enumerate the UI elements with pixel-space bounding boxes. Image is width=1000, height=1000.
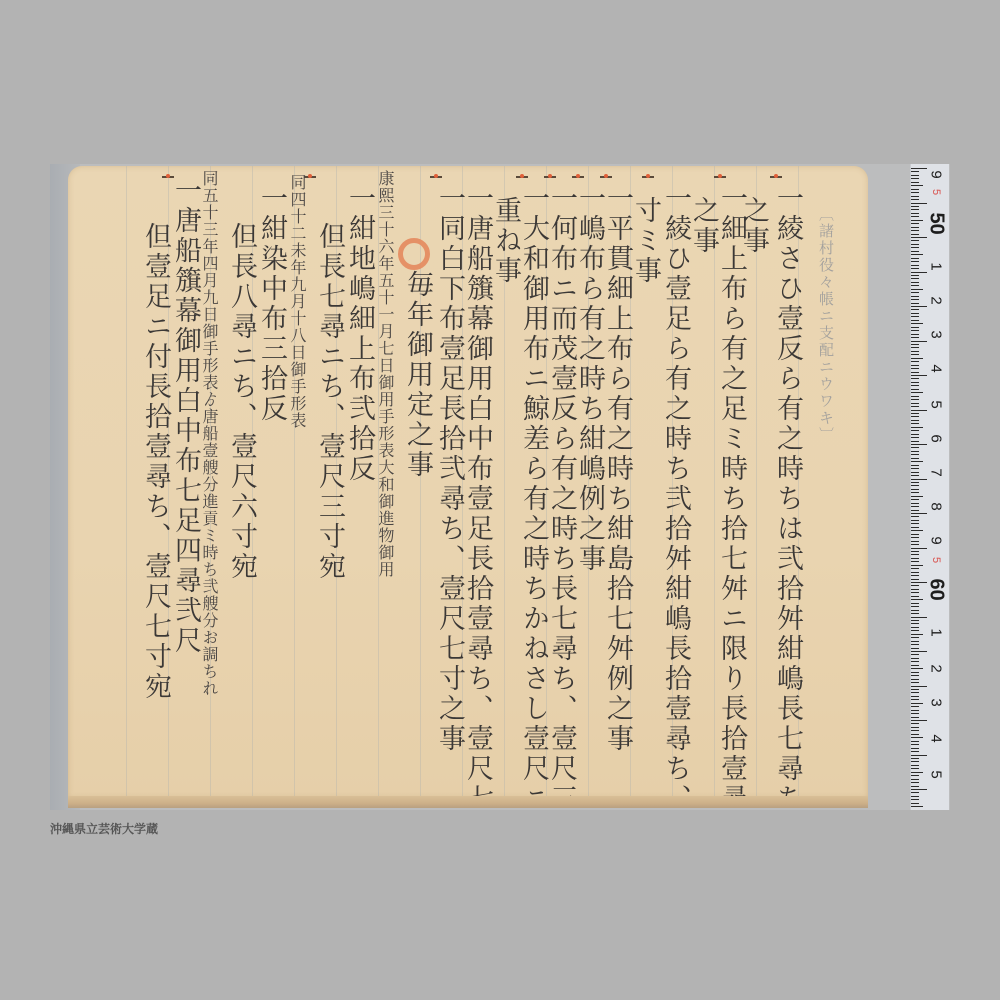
ruler-tick <box>911 786 919 787</box>
ruler-tick <box>911 641 919 642</box>
ruler-tick <box>911 627 919 628</box>
ruler-tick <box>911 548 927 549</box>
ruler-tick <box>911 244 919 245</box>
ruler-tick <box>911 761 919 762</box>
ruler-tick <box>911 799 919 800</box>
ruler-tick <box>911 375 927 376</box>
ruler-tick <box>911 223 919 224</box>
ruler-tick <box>911 748 919 749</box>
margin-note: 〔諸村役々帳ニ支配ニウワキ〕 <box>816 206 837 444</box>
ruler-tick <box>911 358 923 359</box>
ruler-tick <box>911 209 919 210</box>
ruler-tick <box>911 189 919 190</box>
ruler-tick <box>911 299 919 300</box>
ruler-tick <box>911 334 919 335</box>
ruler-tick <box>911 520 919 521</box>
ruler-tick <box>911 634 923 635</box>
ruler-tick <box>911 275 919 276</box>
ruler-tick <box>911 185 923 186</box>
ruler-tick <box>911 330 919 331</box>
ruler-tick <box>911 441 919 442</box>
ruler-tick <box>911 755 927 756</box>
column-marker <box>572 176 584 178</box>
column-marker <box>600 176 612 178</box>
ruler-tick <box>911 265 919 266</box>
column-marker <box>430 176 442 178</box>
ruler-tick <box>911 492 919 493</box>
ruler-tick <box>911 703 923 704</box>
ruler-tick <box>911 354 919 355</box>
ruler-tick <box>911 516 919 517</box>
ruler-label: 3 <box>928 324 945 346</box>
ruler-tick <box>911 240 919 241</box>
ruler-tick <box>911 416 919 417</box>
ruler-label: 60 <box>925 579 948 601</box>
text-column: 但壹足ニ付長拾壹尋ち、壹尺七寸宛 <box>136 222 175 702</box>
ruler-tick <box>911 258 919 259</box>
ruler-tick <box>911 413 919 414</box>
ruler-tick <box>911 772 923 773</box>
ruler-tick <box>911 758 919 759</box>
ruler-label: 5 <box>930 181 942 203</box>
ruler-tick <box>911 554 919 555</box>
ruler-tick <box>911 406 919 407</box>
ruler-tick <box>911 530 923 531</box>
ruler-tick <box>911 796 919 797</box>
ruler-tick <box>911 472 919 473</box>
ruler-tick <box>911 637 919 638</box>
ruler-tick <box>911 613 919 614</box>
ruler-tick <box>911 203 927 204</box>
ruler-tick <box>911 696 919 697</box>
ruler-tick <box>911 606 919 607</box>
text-column: 一細上布ら有之足ミ時ち拾七舛ニ限り長拾壹尋ち、壹尺七寸 <box>712 184 751 798</box>
ruler-tick <box>911 503 919 504</box>
ruler-label: 50 <box>925 213 948 235</box>
ruler-tick <box>911 420 919 421</box>
ruler-tick <box>911 475 919 476</box>
ruler-tick <box>911 313 919 314</box>
ruler-tick <box>911 347 919 348</box>
ruler-tick <box>911 423 919 424</box>
ruler-tick <box>911 368 919 369</box>
ruler-tick <box>911 737 923 738</box>
ruler-tick <box>911 665 919 666</box>
ruler-tick <box>911 561 919 562</box>
ruler-tick <box>911 617 927 618</box>
ruler-tick <box>911 272 927 273</box>
ruler-tick <box>911 672 919 673</box>
ruler-tick <box>911 679 919 680</box>
column-marker <box>770 176 782 178</box>
ruled-line <box>756 166 757 798</box>
section-heading: 毎年御用定之事 <box>398 270 437 480</box>
ruler-label: 7 <box>928 462 945 484</box>
ruler-tick <box>911 596 919 597</box>
ruler-tick <box>911 444 927 445</box>
notebook-page: 〔諸村役々帳ニ支配ニウワキ〕 一綾さひ壹反ら有之時ちは弐拾舛紺嶋長七尋ち、壹尺三… <box>68 166 868 798</box>
ruler-tick <box>911 654 919 655</box>
ruler-tick <box>911 403 919 404</box>
ruler-tick <box>911 296 919 297</box>
ruler-tick <box>911 506 919 507</box>
ruler-label: 8 <box>928 496 945 518</box>
ruler-tick <box>911 644 919 645</box>
ruler-tick <box>911 565 923 566</box>
ruler-tick <box>911 451 919 452</box>
ruler-tick <box>911 392 923 393</box>
ruler-tick <box>911 437 919 438</box>
ruler-tick <box>911 806 923 807</box>
ruler-tick <box>911 251 919 252</box>
ruler-tick <box>911 230 919 231</box>
ruler-tick <box>911 713 919 714</box>
ruler-tick <box>911 630 919 631</box>
ruler-tick <box>911 247 919 248</box>
ruler-tick <box>911 751 919 752</box>
ruler-tick <box>911 237 927 238</box>
ruler-tick <box>911 341 927 342</box>
ruler-tick <box>911 182 919 183</box>
ruler-tick <box>911 216 919 217</box>
ruler-tick <box>911 682 919 683</box>
ruler-tick <box>911 344 919 345</box>
ruler-tick <box>911 489 919 490</box>
ruler-tick <box>911 361 919 362</box>
ruler-tick <box>911 648 919 649</box>
ruler-tick <box>911 396 919 397</box>
ruler-tick <box>911 399 919 400</box>
measuring-ruler: 9 5 50 1 2 3 4 5 6 7 8 9 5 60 1 2 3 4 5 <box>910 164 949 810</box>
text-column: 但長七尋ニち、壹尺三寸宛 <box>310 222 349 582</box>
ruler-tick <box>911 792 919 793</box>
ruler-label: 2 <box>928 290 945 312</box>
ruler-label: 5 <box>928 394 945 416</box>
ruler-label: 1 <box>928 622 945 644</box>
ruler-tick <box>911 378 919 379</box>
ruler-tick <box>911 303 919 304</box>
ruler-tick <box>911 720 927 721</box>
column-marker <box>642 176 654 178</box>
ruler-tick <box>911 268 919 269</box>
ruler-tick <box>911 382 919 383</box>
ruler-tick <box>911 316 919 317</box>
ruler-tick <box>911 575 919 576</box>
column-marker <box>544 176 556 178</box>
ruler-tick <box>911 385 919 386</box>
ruler-tick <box>911 537 919 538</box>
text-column: 但長八尋ニち、壹尺六寸宛 <box>222 222 261 582</box>
ruler-tick <box>911 768 919 769</box>
ruler-tick <box>911 651 927 652</box>
ruler-tick <box>911 227 919 228</box>
ruler-tick <box>911 661 919 662</box>
ruler-tick <box>911 579 919 580</box>
ruler-tick <box>911 289 923 290</box>
ruler-tick <box>911 544 919 545</box>
column-marker <box>516 176 528 178</box>
ruler-tick <box>911 541 919 542</box>
ruler-tick <box>911 572 919 573</box>
ruler-tick <box>911 410 927 411</box>
ruler-tick <box>911 234 919 235</box>
ruler-tick <box>911 254 923 255</box>
ruler-tick <box>911 603 919 604</box>
ruler-tick <box>911 513 927 514</box>
ruler-tick <box>911 461 923 462</box>
ruler-tick <box>911 527 919 528</box>
ruler-tick <box>911 623 919 624</box>
ruler-tick <box>911 686 927 687</box>
ruler-tick <box>911 292 919 293</box>
ruler-tick <box>911 309 919 310</box>
ruler-tick <box>911 482 919 483</box>
ruler-tick <box>911 323 923 324</box>
column-marker <box>714 176 726 178</box>
ruler-tick <box>911 351 919 352</box>
ruler-tick <box>911 610 919 611</box>
ruler-tick <box>911 723 919 724</box>
ruler-tick <box>911 499 919 500</box>
ruler-tick <box>911 430 919 431</box>
ruler-tick <box>911 551 919 552</box>
ruler-tick <box>911 782 919 783</box>
ruler-tick <box>911 479 927 480</box>
ruler-tick <box>911 568 919 569</box>
collection-credit: 沖縄県立芸術大学蔵 <box>50 820 158 837</box>
ruler-tick <box>911 699 919 700</box>
ruler-tick <box>911 803 919 804</box>
ruled-line <box>126 166 127 798</box>
ruler-tick <box>911 454 919 455</box>
ruler-label: 3 <box>928 692 945 714</box>
ruler-label: 5 <box>928 764 945 786</box>
ruler-tick <box>911 372 919 373</box>
ruler-tick <box>911 285 919 286</box>
ruler-tick <box>911 485 919 486</box>
ruler-tick <box>911 730 919 731</box>
ruler-tick <box>911 717 919 718</box>
ruler-tick <box>911 692 919 693</box>
ruler-label: 1 <box>928 256 945 278</box>
ruler-tick <box>911 599 923 600</box>
ruler-label: 5 <box>930 549 942 571</box>
ruler-tick <box>911 458 919 459</box>
ruler-tick <box>911 365 919 366</box>
ruler-tick <box>911 706 919 707</box>
ruler-tick <box>911 196 919 197</box>
ruler-tick <box>911 592 919 593</box>
ruler-tick <box>911 534 919 535</box>
ruler-tick <box>911 213 919 214</box>
ruler-tick <box>911 434 919 435</box>
ruler-tick <box>911 741 919 742</box>
ruler-tick <box>911 658 919 659</box>
ruler-tick <box>911 337 919 338</box>
red-seal-stamp <box>398 238 430 270</box>
ruler-tick <box>911 171 919 172</box>
ruler-tick <box>911 582 927 583</box>
ruler-tick <box>911 206 919 207</box>
ruler-tick <box>911 620 919 621</box>
ruler-tick <box>911 320 919 321</box>
ruler-tick <box>911 175 919 176</box>
ruler-tick <box>911 447 919 448</box>
ruler-tick <box>911 496 923 497</box>
ruler-tick <box>911 523 919 524</box>
ruler-tick <box>911 199 919 200</box>
ruler-tick <box>911 558 919 559</box>
ruler-tick <box>911 585 919 586</box>
ruler-tick <box>911 427 923 428</box>
document-photo: 〔諸村役々帳ニ支配ニウワキ〕 一綾さひ壹反ら有之時ちは弐拾舛紺嶋長七尋ち、壹尺三… <box>50 164 950 810</box>
ruler-tick <box>911 468 919 469</box>
ruler-tick <box>911 168 927 169</box>
ruler-tick <box>911 734 919 735</box>
ruler-label: 2 <box>928 658 945 680</box>
ruler-tick <box>911 675 919 676</box>
text-column: 一綾さひ壹反ら有之時ちは弐拾舛紺嶋長七尋ち、壹尺三寸 <box>768 184 807 798</box>
ruler-tick <box>911 465 919 466</box>
ruler-tick <box>911 282 919 283</box>
ruler-label: 4 <box>928 358 945 380</box>
ruler-tick <box>911 689 919 690</box>
ruler-tick <box>911 278 919 279</box>
ruler-tick <box>911 779 919 780</box>
ruler-tick <box>911 710 919 711</box>
ruler-tick <box>911 765 919 766</box>
ruler-tick <box>911 789 927 790</box>
ruler-label: 6 <box>928 428 945 450</box>
ruler-tick <box>911 192 919 193</box>
ruler-tick <box>911 261 919 262</box>
page-stack-edge <box>68 796 868 808</box>
ruler-tick <box>911 589 919 590</box>
ruler-tick <box>911 306 927 307</box>
ruler-tick <box>911 744 919 745</box>
ruler-tick <box>911 327 919 328</box>
ruler-label: 4 <box>928 728 945 750</box>
ruler-tick <box>911 727 919 728</box>
ruler-tick <box>911 389 919 390</box>
ruler-tick <box>911 220 923 221</box>
ruler-tick <box>911 178 919 179</box>
ruler-tick <box>911 775 919 776</box>
ruler-tick <box>911 668 923 669</box>
ruler-tick <box>911 510 919 511</box>
